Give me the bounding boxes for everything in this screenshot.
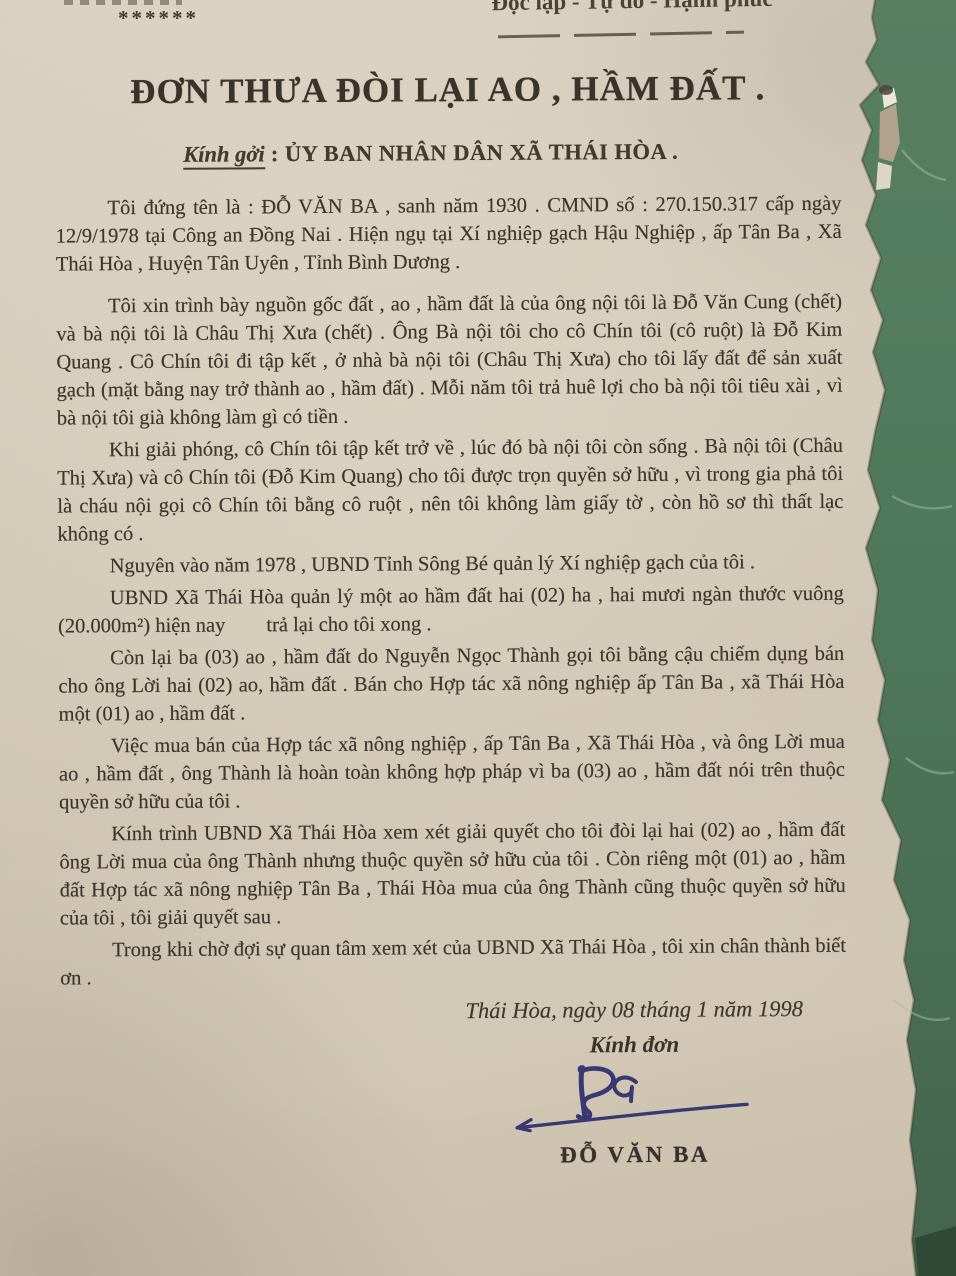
paragraph: UBND Xã Thái Hòa quản lý một ao hầm đất … — [58, 580, 844, 641]
salutation-recipient: : ỦY BAN NHÂN DÂN XÃ THÁI HÒA . — [265, 139, 679, 167]
paragraph: Còn lại ba (03) ao , hầm đất do Nguyễn N… — [58, 640, 844, 729]
photographed-document: ****** Độc lập - Tự do - Hạnh phúc ĐƠN T… — [0, 0, 956, 1276]
paragraph: Nguyên vào năm 1978 , UBND Tỉnh Sông Bé … — [58, 548, 844, 581]
closing-block: Thái Hòa, ngày 08 tháng 1 năm 1998 Kính … — [453, 996, 816, 1169]
paragraph: Kính trình UBND Xã Thái Hòa xem xét giải… — [59, 816, 846, 933]
salutation-line: Kính gởi : ỦY BAN NHÂN DÂN XÃ THÁI HÒA . — [183, 138, 841, 168]
torn-edge-green-table — [836, 0, 956, 1276]
signature-scribble-icon — [484, 1059, 784, 1143]
paragraph: Tôi xin trình bày nguồn gốc đất , ao , h… — [56, 288, 843, 433]
paragraph: Khi giải phóng, cô Chín tôi tập kết trở … — [57, 432, 844, 549]
place-date-line: Thái Hòa, ngày 08 tháng 1 năm 1998 — [453, 996, 815, 1024]
paragraph: Trong khi chờ đợi sự quan tâm xem xét củ… — [60, 932, 846, 993]
document-body: ĐƠN THƯA ĐÒI LẠI AO , HẦM ĐẤT . Kính gởi… — [0, 55, 956, 1172]
star-row: ****** — [118, 6, 199, 31]
signature-area — [454, 1059, 816, 1143]
document-title: ĐƠN THƯA ĐÒI LẠI AO , HẦM ĐẤT . — [55, 68, 841, 113]
sign-label: Kính đơn — [454, 1031, 816, 1059]
cropped-top-marks — [64, 0, 182, 5]
paragraph: Tôi đứng tên là : ĐỖ VĂN BA , sanh năm 1… — [55, 190, 841, 279]
salutation-label: Kính gởi — [183, 141, 265, 169]
paragraph: Việc mua bán của Hợp tác xã nông nghiệp … — [59, 728, 845, 817]
signatory-name: ĐỖ VĂN BA — [454, 1141, 816, 1169]
torn-fragment-light — [876, 162, 892, 190]
paragraphs: Tôi đứng tên là : ĐỖ VĂN BA , sanh năm 1… — [55, 190, 846, 993]
tear-shadow-spot — [879, 85, 893, 95]
